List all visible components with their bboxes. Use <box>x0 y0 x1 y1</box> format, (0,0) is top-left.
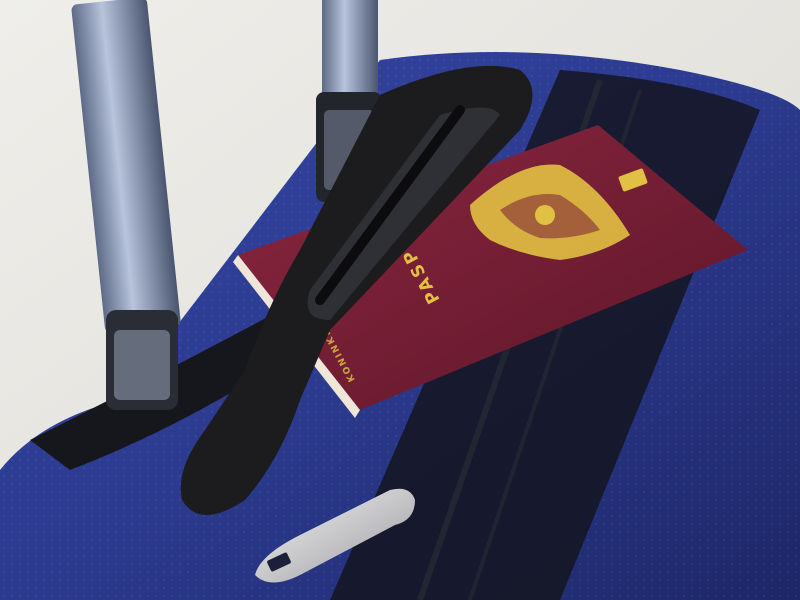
photo-illustration: PASPO KONINKR <box>0 0 800 600</box>
photo-scene: Red passport resting on a blue hard-shel… <box>0 0 800 600</box>
